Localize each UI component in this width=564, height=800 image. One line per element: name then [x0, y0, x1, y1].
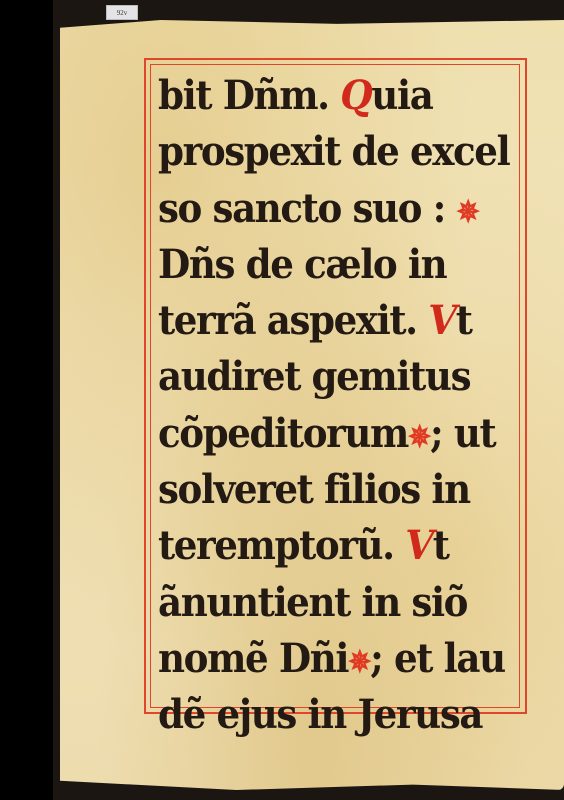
line-text: terrã aspexit. — [158, 297, 428, 344]
line-text: Dñs de cælo in — [158, 241, 446, 288]
line-text: teremptorũ. — [158, 522, 405, 569]
red-star-icon: ✵ — [348, 645, 370, 680]
text-line-9: teremptorũ. Vt — [158, 518, 497, 574]
text-line-12: dẽ ejus in Jerusa — [158, 687, 497, 743]
line-text: bit Dñm. — [158, 72, 340, 119]
red-star-icon: ✵ — [457, 195, 479, 230]
text-line-4: Dñs de cælo in — [158, 237, 497, 293]
text-line-6: audiret gemitus — [158, 349, 497, 405]
line-text: cõpeditorum — [158, 410, 408, 457]
line-text: solveret filios in — [158, 466, 470, 513]
line-text: audiret gemitus — [158, 353, 470, 400]
line-text: nomẽ Dñi — [158, 635, 348, 682]
manuscript-text-block: bit Dñm. Quia prospexit de excel so sanc… — [158, 68, 522, 744]
text-line-3: so sancto suo : ✵ — [158, 181, 497, 237]
line-text: prospexit de excel — [158, 128, 509, 175]
text-line-2: prospexit de excel — [158, 124, 497, 180]
line-text: ; et lau — [370, 635, 505, 682]
text-line-1: bit Dñm. Quia — [158, 68, 497, 124]
text-line-7: cõpeditorum✵; ut — [158, 406, 497, 462]
line-text: t — [433, 522, 449, 569]
text-line-10: ãnuntient in siõ — [158, 575, 497, 631]
line-text: so sancto suo : — [158, 185, 457, 232]
text-line-5: terrã aspexit. Vt — [158, 293, 497, 349]
line-text: ; ut — [430, 410, 495, 457]
text-line-8: solveret filios in — [158, 462, 497, 518]
text-line-11: nomẽ Dñi✵; et lau — [158, 631, 497, 687]
line-text: t — [456, 297, 472, 344]
line-text: ãnuntient in siõ — [158, 579, 467, 626]
rubric-initial: V — [405, 522, 432, 569]
folio-label-tab: 92v — [106, 5, 138, 20]
line-text: uia — [371, 72, 432, 119]
line-text: dẽ ejus in Jerusa — [158, 691, 482, 738]
red-star-icon: ✵ — [408, 420, 430, 455]
scanner-black-margin — [0, 0, 53, 800]
rubric-initial: V — [428, 297, 455, 344]
rubric-initial: Q — [340, 72, 371, 119]
